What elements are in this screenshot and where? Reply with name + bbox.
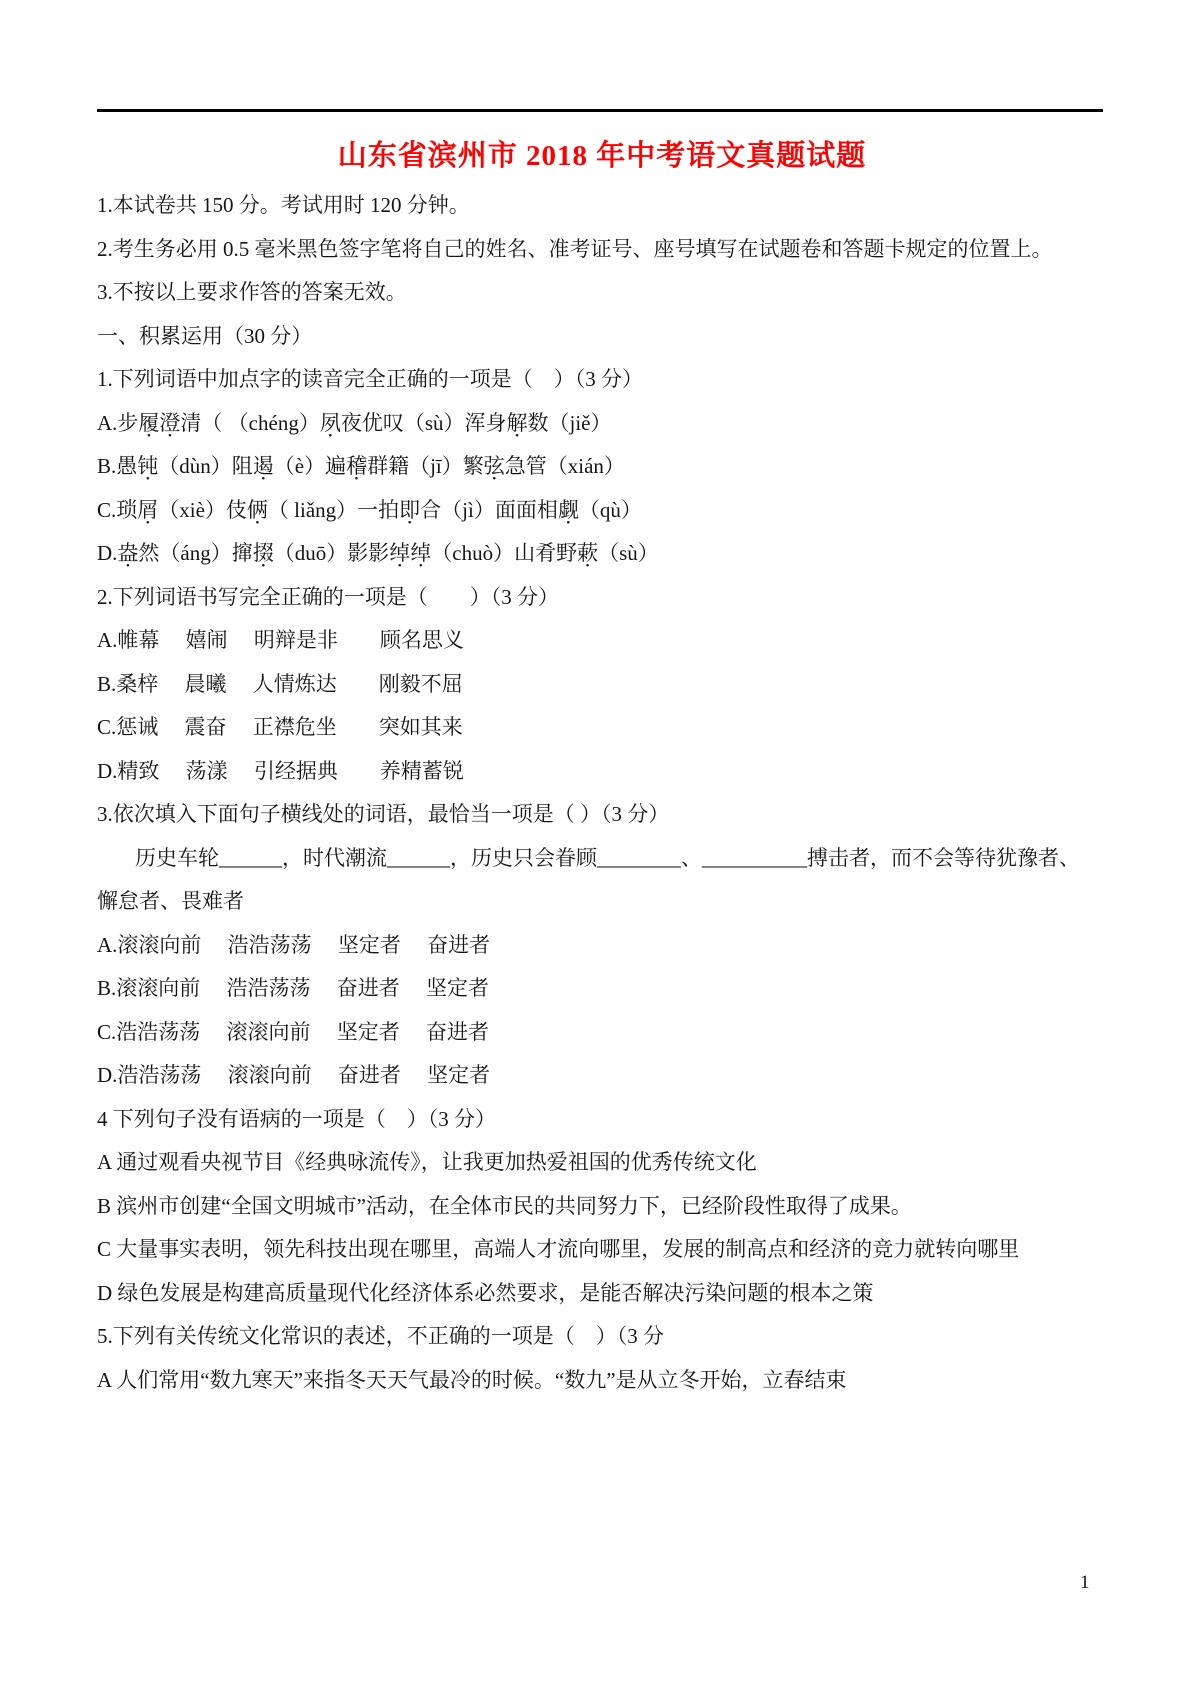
question-2-stem: 2.下列词语书写完全正确的一项是（ ）（3 分） [97, 576, 1107, 620]
question-3-passage-line: 历史车轮______，时代潮流______，历史只会眷顾________、___… [97, 837, 1107, 881]
question-1-option-b: B.愚钝（dùn）阻遏（è）遍稽群籍（jī）繁弦急管（xián） [97, 445, 1107, 489]
question-3-passage-line: 懈怠者、畏难者 [97, 880, 1107, 924]
emphasis-dot-char: 觑 [558, 498, 579, 522]
text-segment: 合（jì）面面相 [420, 498, 558, 522]
emphasis-dot-char: 即 [399, 498, 420, 522]
emphasis-dot-char: 澄 [159, 411, 180, 435]
text-segment: 然（áng）撺 [138, 541, 252, 565]
emphasis-dot-char: 俩 [247, 498, 268, 522]
question-3-stem: 3.依次填入下面句子横线处的词语，最恰当一项是（ ）（3 分） [97, 793, 1107, 837]
question-2-option-d: D.精致 荡漾 引经据典 养精蓄锐 [97, 750, 1107, 794]
section-heading: 一、积累运用（30 分） [97, 315, 1107, 359]
emphasis-dot-char: 解 [507, 411, 528, 435]
document-content: 山东省滨州市 2018 年中考语文真题试题 1.本试卷共 150 分。考试用时 … [97, 130, 1107, 1402]
question-3-option-a: A.滚滚向前 浩浩荡荡 坚定者 奋进者 [97, 924, 1107, 968]
question-3-option-d: D.浩浩荡荡 滚滚向前 奋进者 坚定者 [97, 1054, 1107, 1098]
text-segment: （ liǎng）一拍 [268, 498, 399, 522]
emphasis-dot-char: 钝 [137, 454, 158, 478]
question-3-option-c: C.浩浩荡荡 滚滚向前 坚定者 奋进者 [97, 1011, 1107, 1055]
emphasis-dot-char: 弦 [484, 454, 505, 478]
text-segment: （chuò）山肴野 [431, 541, 577, 565]
emphasis-dot-char: 稽 [346, 454, 367, 478]
emphasis-dot-char: 绰 [410, 541, 431, 565]
page-number: 1 [1080, 1572, 1090, 1594]
emphasis-dot-char: 绰 [389, 541, 410, 565]
text-segment: 急管（xián） [505, 454, 625, 478]
notice-line: 1.本试卷共 150 分。考试用时 120 分钟。 [97, 184, 1107, 228]
question-5-stem: 5.下列有关传统文化常识的表述，不正确的一项是（ ）（3 分 [97, 1315, 1107, 1359]
text-segment: C.琐 [97, 498, 137, 522]
emphasis-dot-char: 夙 [320, 411, 341, 435]
text-segment: B.愚 [97, 454, 137, 478]
text-segment: （è）遍 [274, 454, 346, 478]
question-1-stem: 1.下列词语中加点字的读音完全正确的一项是（ ）（3 分） [97, 358, 1107, 402]
emphasis-dot-char: 掇 [253, 541, 274, 565]
header-rule [97, 109, 1103, 112]
exam-document-page: 山东省滨州市 2018 年中考语文真题试题 1.本试卷共 150 分。考试用时 … [0, 0, 1200, 1698]
text-segment: 群籍（jī）繁 [367, 454, 484, 478]
emphasis-dot-char: 遏 [253, 454, 274, 478]
emphasis-dot-char: 盎 [117, 541, 138, 565]
notice-line: 2.考生务必用 0.5 毫米黑色签字笔将自己的姓名、准考证号、座号填写在试题卷和… [97, 228, 1107, 272]
text-segment: 清（ （chéng） [180, 411, 319, 435]
text-segment: （xiè）伎 [158, 498, 247, 522]
question-3-option-b: B.滚滚向前 浩浩荡荡 奋进者 坚定者 [97, 967, 1107, 1011]
emphasis-dot-char: 屑 [137, 498, 158, 522]
emphasis-dot-char: 履 [138, 411, 159, 435]
emphasis-dot-char: 蔌 [577, 541, 598, 565]
question-1-option-d: D.盎然（áng）撺掇（duō）影影绰绰（chuò）山肴野蔌（sù） [97, 532, 1107, 576]
question-5-option-a: A 人们常用“数九寒天”来指冬天天气最冷的时候。“数九”是从立冬开始，立春结束 [97, 1359, 1107, 1403]
text-segment: 数（jiě） [528, 411, 612, 435]
text-segment: D. [97, 541, 117, 565]
notice-line: 3.不按以上要求作答的答案无效。 [97, 271, 1107, 315]
text-segment: A.步 [97, 411, 138, 435]
text-segment: （duō）影影 [274, 541, 390, 565]
text-segment: （qù） [579, 498, 642, 522]
question-2-option-c: C.惩诫 震奋 正襟危坐 突如其来 [97, 706, 1107, 750]
question-4-option-a: A 通过观看央视节目《经典咏流传》，让我更加热爱祖国的优秀传统文化 [97, 1141, 1107, 1185]
question-1-option-a: A.步履澄清（ （chéng）夙夜优叹（sù）浑身解数（jiě） [97, 402, 1107, 446]
text-segment: 夜优叹（sù）浑身 [341, 411, 507, 435]
question-2-option-b: B.桑梓 晨曦 人情炼达 刚毅不屈 [97, 663, 1107, 707]
page-title: 山东省滨州市 2018 年中考语文真题试题 [97, 130, 1107, 184]
question-4-option-c: C 大量事实表明，领先科技出现在哪里，高端人才流向哪里，发展的制高点和经济的竞力… [97, 1228, 1107, 1272]
text-segment: （dùn）阻 [158, 454, 253, 478]
question-4-stem: 4 下列句子没有语病的一项是（ ）（3 分） [97, 1098, 1107, 1142]
question-4-option-b: B 滨州市创建“全国文明城市”活动，在全体市民的共同努力下，已经阶段性取得了成果… [97, 1185, 1107, 1229]
question-2-option-a: A.帷幕 嬉闹 明辩是非 顾名思义 [97, 619, 1107, 663]
question-4-option-d: D 绿色发展是构建高质量现代化经济体系必然要求，是能否解决污染问题的根本之策 [97, 1272, 1107, 1316]
question-1-option-c: C.琐屑（xiè）伎俩（ liǎng）一拍即合（jì）面面相觑（qù） [97, 489, 1107, 533]
text-segment: （sù） [598, 541, 659, 565]
